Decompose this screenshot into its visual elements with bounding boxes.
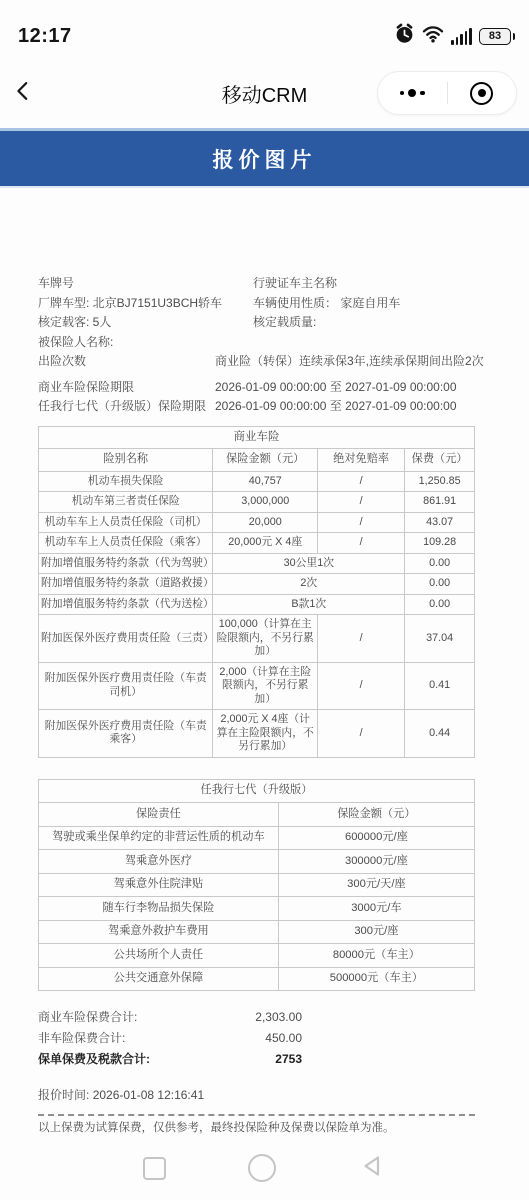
- triangle-left-icon: [358, 1152, 386, 1185]
- coverage-name: 机动车车上人员责任保险（乘客）: [39, 533, 213, 554]
- benefit-amount: 600000元/座: [278, 826, 474, 850]
- back-button[interactable]: [12, 71, 56, 115]
- coverage-amount: 20,000元 X 4座: [213, 533, 318, 554]
- coverage-deductible: /: [318, 710, 405, 758]
- coverage-deductible: /: [318, 512, 405, 533]
- alarm-icon: [394, 23, 415, 49]
- coverage-premium: 43.07: [405, 512, 475, 533]
- premium-totals: 商业车险保费合计:2,303.00非车险保费合计:450.00保单保费及税款合计…: [38, 1007, 493, 1070]
- benefit-name: 公共交通意外保障: [39, 967, 279, 991]
- coverage-premium: 0.00: [405, 594, 475, 615]
- benefit-row: 驾乘意外救护车费用300元/座: [39, 920, 475, 944]
- info-left-text: 厂牌车型: 北京BJ7151U3BCH轿车: [38, 294, 253, 314]
- info-right-text: 车辆使用性质： 家庭自用车: [253, 294, 493, 314]
- coverage-amount: 2,000元 X 4座（计算在主险限额内，不另行累加）: [213, 710, 318, 758]
- coverage-row: 机动车车上人员责任保险（乘客）20,000元 X 4座/109.28: [39, 533, 475, 554]
- period-label: 商业车险保险期限: [38, 378, 215, 398]
- total-label: 商业车险保费合计:: [38, 1007, 228, 1028]
- coverage-amount: 100,000（计算在主险限额内，不另行累加）: [213, 615, 318, 663]
- coverage-row: 附加增值服务特约条款（代为驾驶）30公里1次0.00: [39, 553, 475, 574]
- target-circle-icon: [470, 82, 493, 105]
- column-header: 保险金额（元）: [278, 803, 474, 827]
- coverage-amount: 40,757: [213, 471, 318, 492]
- dashed-divider: [38, 1114, 475, 1116]
- benefit-name: 驾乘意外救护车费用: [39, 920, 279, 944]
- coverage-row: 附加增值服务特约条款（道路救援）2次0.00: [39, 574, 475, 595]
- benefit-row: 随车行李物品损失保险3000元/车: [39, 897, 475, 921]
- coverage-row: 附加医保外医疗费用责任险（车责司机）2,000（计算在主险限额内，不另行累加）/…: [39, 662, 475, 710]
- info-left-text: 出险次数: [38, 352, 215, 372]
- benefit-row: 公共交通意外保障500000元（车主）: [39, 967, 475, 991]
- vehicle-info-row: 被保险人名称:: [38, 333, 493, 353]
- period-value: 2026-01-09 00:00:00 至 2027-01-09 00:00:0…: [215, 397, 457, 417]
- info-right-text: [253, 333, 493, 353]
- info-right-text: 核定载质量:: [253, 313, 493, 333]
- coverage-deductible: /: [318, 471, 405, 492]
- benefit-amount: 500000元（车主）: [278, 967, 474, 991]
- recents-button[interactable]: [143, 1157, 166, 1180]
- insurance-periods: 商业车险保险期限2026-01-09 00:00:00 至 2027-01-09…: [38, 378, 493, 417]
- coverage-amount: 20,000: [213, 512, 318, 533]
- total-label: 保单保费及税款合计:: [38, 1049, 228, 1070]
- coverage-name: 附加增值服务特约条款（代为驾驶）: [39, 553, 213, 574]
- benefit-name: 公共场所个人责任: [39, 944, 279, 968]
- period-row: 任我行七代（升级版）保险期限2026-01-09 00:00:00 至 2027…: [38, 397, 493, 417]
- android-nav-bar: [0, 1146, 529, 1190]
- coverage-row: 附加医保外医疗费用责任险（车责乘客）2,000元 X 4座（计算在主险限额内，不…: [39, 710, 475, 758]
- column-header: 绝对免赔率: [318, 449, 405, 472]
- home-button[interactable]: [248, 1154, 276, 1182]
- benefit-amount: 3000元/车: [278, 897, 474, 921]
- coverage-premium: 0.00: [405, 553, 475, 574]
- total-value: 2,303.00: [228, 1007, 302, 1028]
- more-button[interactable]: [378, 72, 447, 114]
- coverage-premium: 1,250.85: [405, 471, 475, 492]
- coverage-name: 附加医保外医疗费用责任险（三责）: [39, 615, 213, 663]
- total-value: 450.00: [228, 1028, 302, 1049]
- coverage-premium: 0.00: [405, 574, 475, 595]
- info-left-text: 核定载客: 5人: [38, 313, 253, 333]
- coverage-name: 机动车损失保险: [39, 471, 213, 492]
- coverage-row: 机动车损失保险40,757/1,250.85: [39, 471, 475, 492]
- benefit-amount: 80000元（车主）: [278, 944, 474, 968]
- disclaimer-text: 以上保费为试算保费，仅供参考，最终投保险种及保费以保险单为准。: [38, 1120, 493, 1137]
- period-label: 任我行七代（升级版）保险期限: [38, 397, 215, 417]
- chevron-left-icon: [12, 80, 34, 107]
- benefit-name: 驾乘意外医疗: [39, 850, 279, 874]
- coverage-amount: B款1次: [213, 594, 405, 615]
- status-bar: 12:17 83: [0, 0, 529, 58]
- coverage-name: 附加医保外医疗费用责任险（车责司机）: [39, 662, 213, 710]
- nav-bar: 移动CRM: [0, 58, 529, 128]
- total-label: 非车险保费合计:: [38, 1028, 228, 1049]
- coverage-name: 附加医保外医疗费用责任险（车责乘客）: [39, 710, 213, 758]
- vehicle-info-row: 厂牌车型: 北京BJ7151U3BCH轿车车辆使用性质： 家庭自用车: [38, 294, 493, 314]
- coverage-row: 附加增值服务特约条款（代为送检）B款1次0.00: [39, 594, 475, 615]
- battery-icon: 83: [479, 28, 515, 45]
- commercial-insurance-table: 商业车险险别名称保险金额（元）绝对免赔率保费（元）机动车损失保险40,757/1…: [38, 426, 475, 758]
- quote-time: 报价时间: 2026-01-08 12:16:41: [38, 1086, 493, 1104]
- coverage-row: 附加医保外医疗费用责任险（三责）100,000（计算在主险限额内，不另行累加）/…: [39, 615, 475, 663]
- more-icon: [400, 91, 405, 96]
- benefit-name: 随车行李物品损失保险: [39, 897, 279, 921]
- info-right-text: 行驶证车主名称: [253, 274, 493, 294]
- total-row: 商业车险保费合计:2,303.00: [38, 1007, 493, 1028]
- benefit-row: 驾驶或乘坐保单约定的非营运性质的机动车600000元/座: [39, 826, 475, 850]
- benefit-name: 驾驶或乘坐保单约定的非营运性质的机动车: [39, 826, 279, 850]
- coverage-deductible: /: [318, 492, 405, 513]
- coverage-premium: 0.44: [405, 710, 475, 758]
- coverage-name: 附加增值服务特约条款（道路救援）: [39, 574, 213, 595]
- coverage-deductible: /: [318, 662, 405, 710]
- table-header-row: 保险责任保险金额（元）: [39, 803, 475, 827]
- coverage-name: 机动车车上人员责任保险（司机）: [39, 512, 213, 533]
- coverage-amount: 2,000（计算在主险限额内，不另行累加）: [213, 662, 318, 710]
- coverage-premium: 37.04: [405, 615, 475, 663]
- coverage-premium: 861.91: [405, 492, 475, 513]
- table-title: 商业车险: [39, 426, 475, 449]
- column-header: 保险责任: [39, 803, 279, 827]
- coverage-deductible: /: [318, 533, 405, 554]
- info-right-text: 商业险（转保）连续承保3年,连续承保期间出险2次: [215, 352, 493, 372]
- total-row: 非车险保费合计:450.00: [38, 1028, 493, 1049]
- coverage-row: 机动车车上人员责任保险（司机）20,000/43.07: [39, 512, 475, 533]
- close-miniprogram-button[interactable]: [448, 72, 517, 114]
- signal-icon: [451, 28, 472, 45]
- benefit-row: 公共场所个人责任80000元（车主）: [39, 944, 475, 968]
- vehicle-info: 车牌号行驶证车主名称厂牌车型: 北京BJ7151U3BCH轿车车辆使用性质： 家…: [38, 274, 493, 372]
- period-row: 商业车险保险期限2026-01-09 00:00:00 至 2027-01-09…: [38, 378, 493, 398]
- status-icons: 83: [394, 23, 515, 49]
- status-time: 12:17: [18, 25, 72, 48]
- screen: 12:17 83 移动CRM: [0, 0, 529, 1200]
- quote-document: 车牌号行驶证车主名称厂牌车型: 北京BJ7151U3BCH轿车车辆使用性质： 家…: [0, 188, 529, 1137]
- battery-percent: 83: [479, 28, 511, 45]
- column-header: 保险金额（元）: [213, 449, 318, 472]
- benefit-amount: 300元/天/座: [278, 873, 474, 897]
- info-left-text: 车牌号: [38, 274, 253, 294]
- coverage-deductible: /: [318, 615, 405, 663]
- miniprogram-capsule: [377, 71, 517, 115]
- benefit-name: 驾乘意外住院津贴: [39, 873, 279, 897]
- vehicle-info-row: 车牌号行驶证车主名称: [38, 274, 493, 294]
- coverage-premium: 0.41: [405, 662, 475, 710]
- table-title-row: 商业车险: [39, 426, 475, 449]
- info-left-text: 被保险人名称:: [38, 333, 253, 353]
- coverage-premium: 109.28: [405, 533, 475, 554]
- square-icon: [143, 1157, 166, 1180]
- table-title-row: 任我行七代（升级版）: [39, 779, 475, 803]
- coverage-name: 机动车第三者责任保险: [39, 492, 213, 513]
- rider-insurance-table: 任我行七代（升级版）保险责任保险金额（元）驾驶或乘坐保单约定的非营运性质的机动车…: [38, 779, 475, 992]
- coverage-amount: 30公里1次: [213, 553, 405, 574]
- benefit-row: 驾乘意外住院津贴300元/天/座: [39, 873, 475, 897]
- circle-icon: [248, 1154, 276, 1182]
- banner-title: 报价图片: [0, 128, 529, 188]
- table-title: 任我行七代（升级版）: [39, 779, 475, 803]
- total-value: 2753: [228, 1049, 302, 1070]
- benefit-row: 驾乘意外医疗300000元/座: [39, 850, 475, 874]
- total-row: 保单保费及税款合计:2753: [38, 1049, 493, 1070]
- benefit-amount: 300元/座: [278, 920, 474, 944]
- coverage-amount: 2次: [213, 574, 405, 595]
- column-header: 险别名称: [39, 449, 213, 472]
- benefit-amount: 300000元/座: [278, 850, 474, 874]
- coverage-row: 机动车第三者责任保险3,000,000/861.91: [39, 492, 475, 513]
- column-header: 保费（元）: [405, 449, 475, 472]
- back-nav-button[interactable]: [358, 1152, 386, 1185]
- coverage-amount: 3,000,000: [213, 492, 318, 513]
- vehicle-info-row: 核定载客: 5人核定载质量:: [38, 313, 493, 333]
- wifi-icon: [422, 25, 444, 48]
- period-value: 2026-01-09 00:00:00 至 2027-01-09 00:00:0…: [215, 378, 457, 398]
- table-header-row: 险别名称保险金额（元）绝对免赔率保费（元）: [39, 449, 475, 472]
- vehicle-info-row: 出险次数商业险（转保）连续承保3年,连续承保期间出险2次: [38, 352, 493, 372]
- coverage-name: 附加增值服务特约条款（代为送检）: [39, 594, 213, 615]
